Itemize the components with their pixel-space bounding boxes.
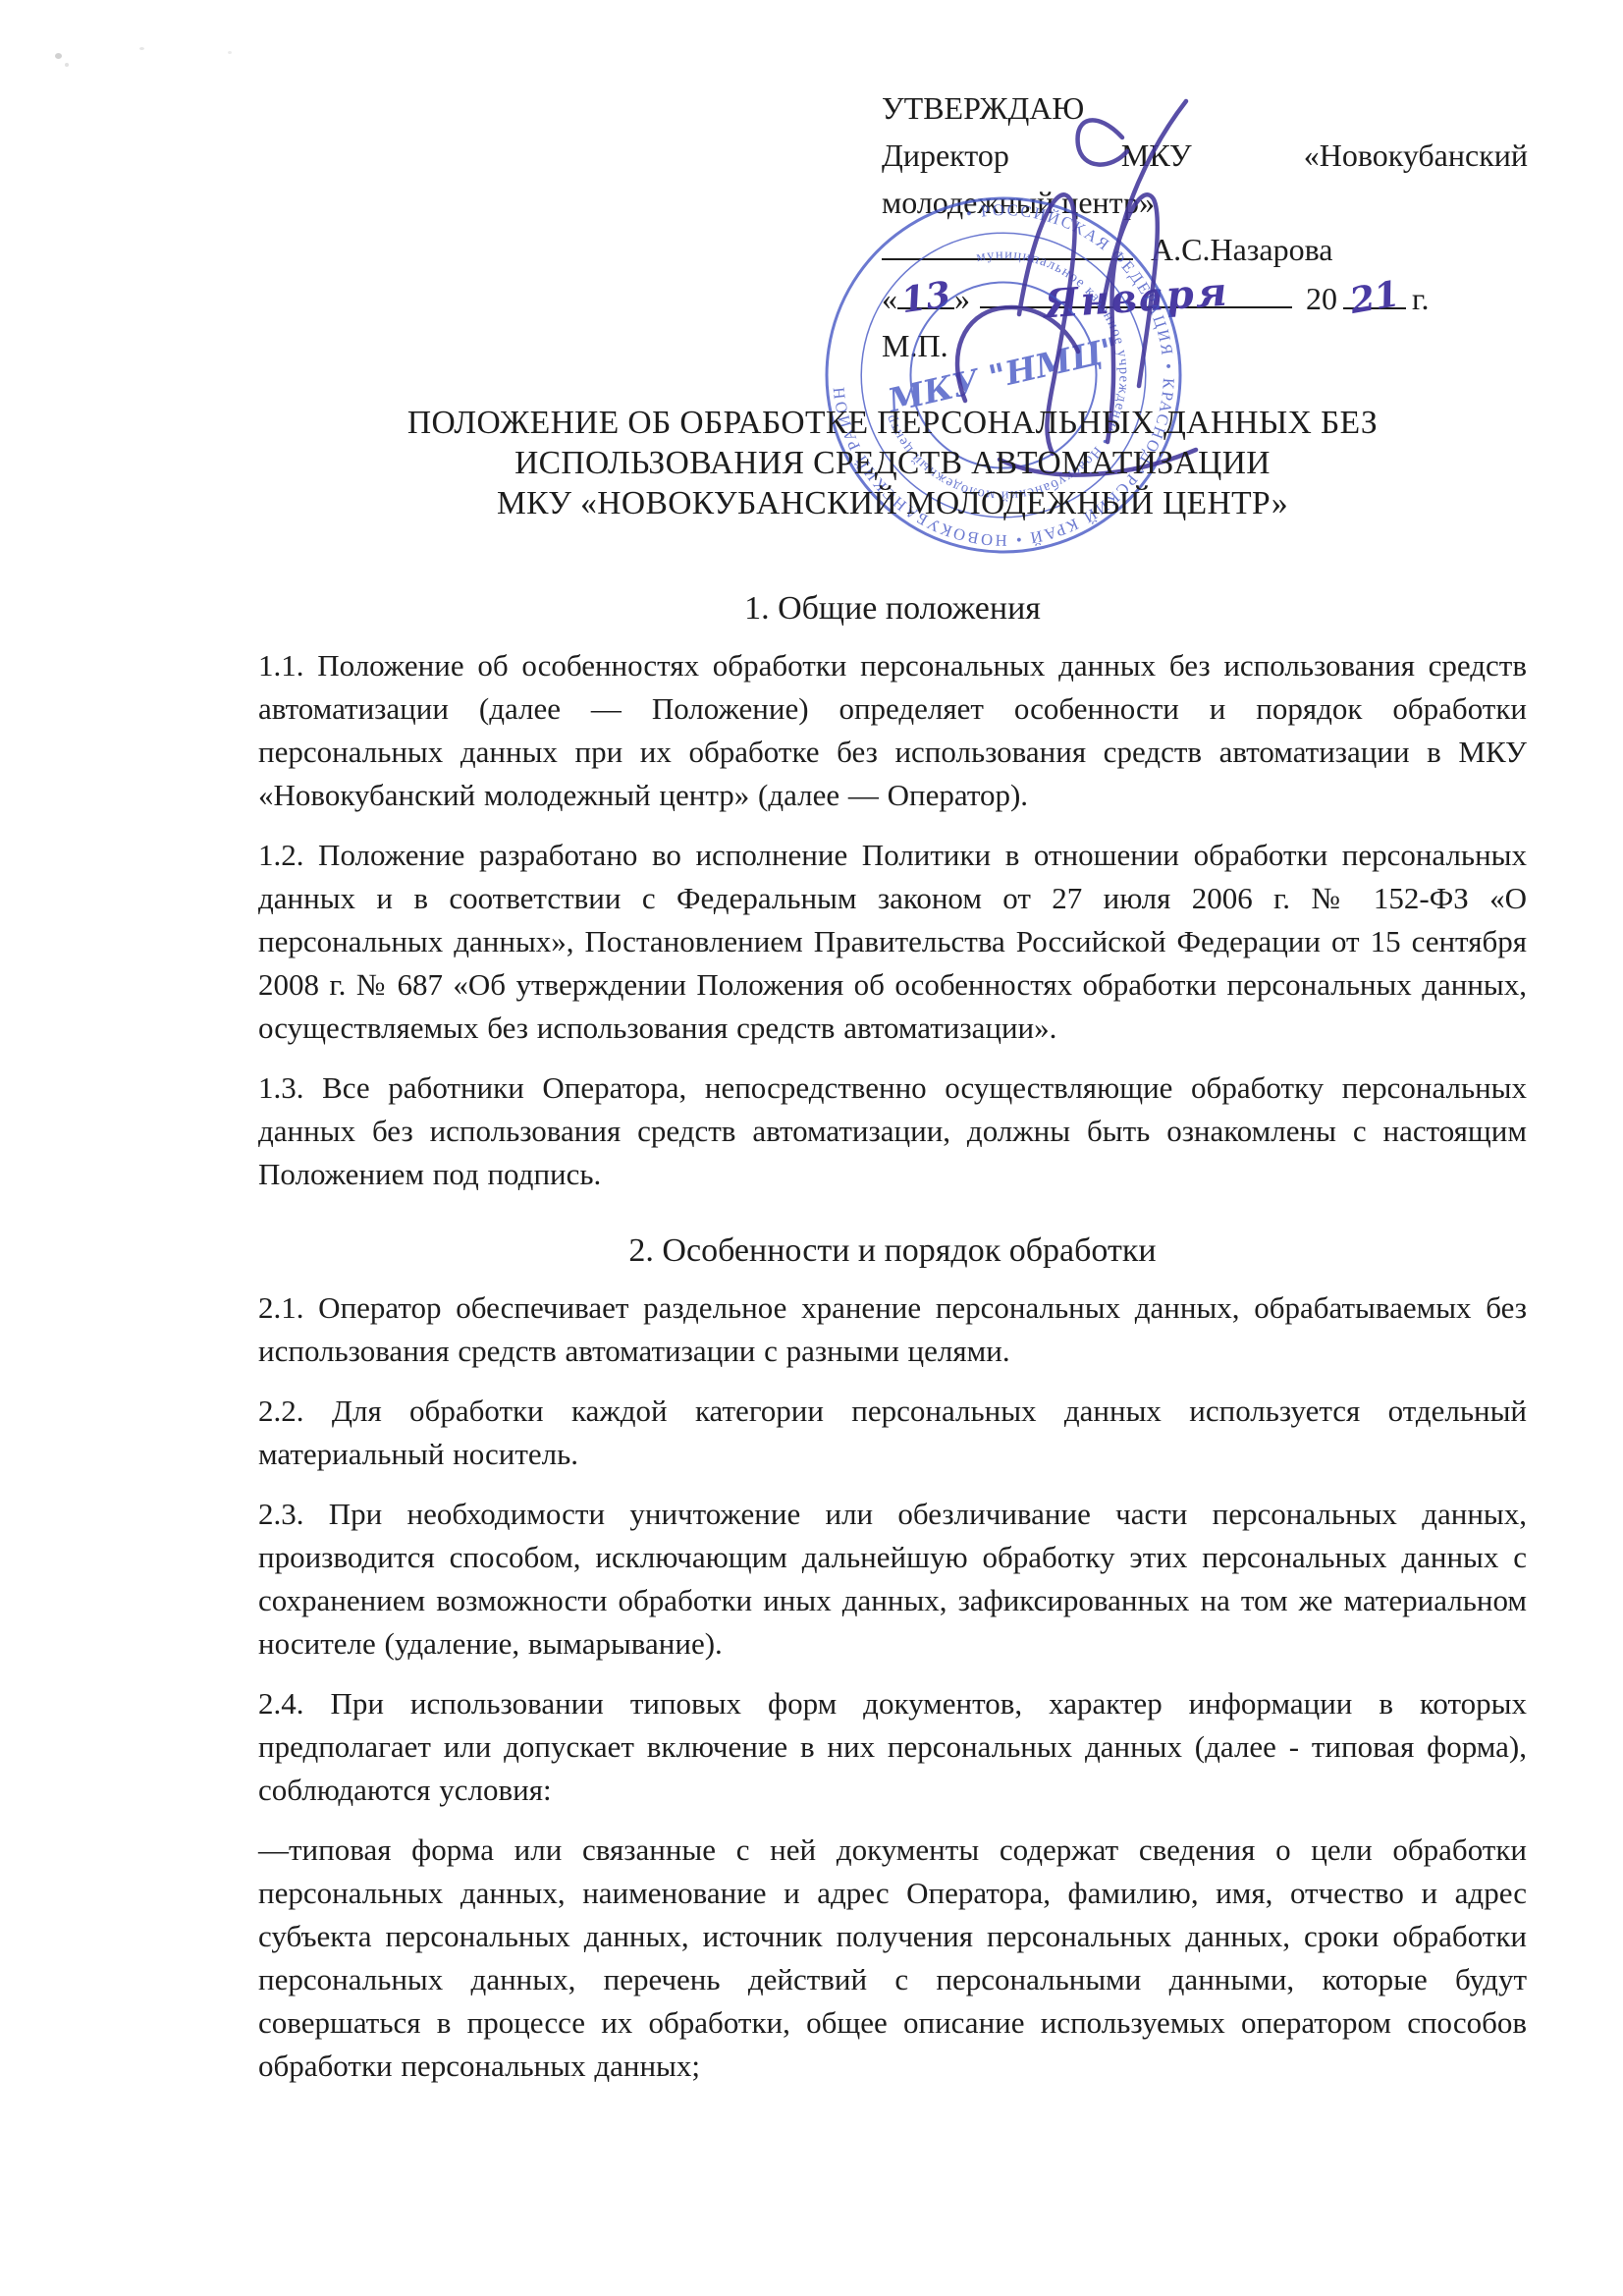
title-line-2: ИСПОЛЬЗОВАНИЯ СРЕДСТВ АВТОМАТИЗАЦИИ — [258, 443, 1527, 483]
section-1-heading: 1. Общие положения — [258, 587, 1527, 630]
paragraph-2-3: 2.3. При необходимости уничтожение или о… — [258, 1493, 1527, 1666]
paragraph-1-2: 1.2. Положение разработано во исполнение… — [258, 834, 1527, 1050]
approve-label: УТВЕРЖДАЮ — [882, 84, 1528, 132]
paragraph-2-4-bullet: —типовая форма или связанные с ней докум… — [258, 1829, 1527, 2088]
date-suffix: г. — [1412, 281, 1430, 316]
scanned-document-page: УТВЕРЖДАЮ Директор МКУ «Новокубанский мо… — [0, 0, 1623, 2296]
director-line-1: Директор МКУ «Новокубанский — [882, 132, 1528, 179]
date-line: «13»Января2021г. — [882, 273, 1528, 322]
title-line-1: ПОЛОЖЕНИЕ ОБ ОБРАБОТКЕ ПЕРСОНАЛЬНЫХ ДАНН… — [258, 403, 1527, 443]
date-open-quote: « — [882, 281, 897, 316]
scan-speck — [65, 63, 69, 67]
handwritten-month: Января — [1042, 268, 1229, 328]
scan-speck — [139, 47, 144, 50]
scan-speck — [228, 51, 232, 54]
date-year-prefix: 20 — [1306, 281, 1337, 316]
date-year-slot: 21 — [1343, 274, 1406, 309]
approval-block: УТВЕРЖДАЮ Директор МКУ «Новокубанский мо… — [882, 84, 1528, 369]
document-body: 1. Общие положения 1.1. Положение об осо… — [258, 587, 1527, 2105]
signature-line: А.С.Назарова — [882, 226, 1528, 273]
paragraph-1-1: 1.1. Положение об особенностях обработки… — [258, 644, 1527, 817]
paragraph-2-4: 2.4. При использовании типовых форм доку… — [258, 1682, 1527, 1812]
seal-place-label: М.П. — [882, 322, 1528, 369]
section-2-heading: 2. Особенности и порядок обработки — [258, 1230, 1527, 1273]
title-line-3: МКУ «НОВОКУБАНСКИЙ МОЛОДЕЖНЫЙ ЦЕНТР» — [258, 483, 1527, 523]
paragraph-1-3: 1.3. Все работники Оператора, непосредст… — [258, 1066, 1527, 1196]
paragraph-2-1: 2.1. Оператор обеспечивает раздельное хр… — [258, 1286, 1527, 1373]
signature-blank-line — [882, 229, 1133, 260]
date-month-slot: Января — [980, 273, 1292, 308]
document-title: ПОЛОЖЕНИЕ ОБ ОБРАБОТКЕ ПЕРСОНАЛЬНЫХ ДАНН… — [258, 403, 1527, 523]
scan-speck — [55, 53, 62, 59]
handwritten-day: 13 — [898, 271, 953, 325]
paragraph-2-2: 2.2. Для обработки каждой категории перс… — [258, 1390, 1527, 1476]
signatory-name: А.С.Назарова — [1151, 232, 1333, 267]
handwritten-year: 21 — [1346, 270, 1403, 325]
date-day-slot: 13 — [897, 274, 954, 309]
director-line-2: молодежный центр» — [882, 179, 1528, 226]
date-close-quote: » — [954, 281, 970, 316]
